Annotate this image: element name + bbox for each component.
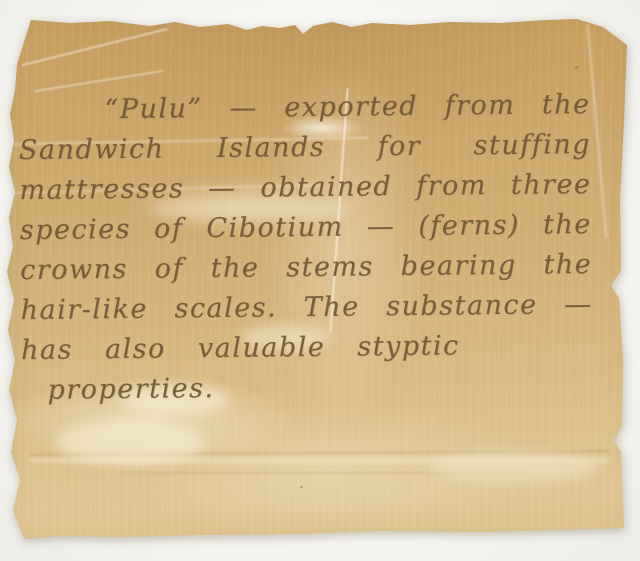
crease-line [30,458,610,463]
handwriting-line: properties. [21,365,593,411]
handwriting-line: hair-like scales. The substance — [20,285,592,331]
speck [575,66,578,69]
handwriting-line: species of Cibotium — (ferns) the [20,205,592,251]
photo-background: “Pulu” — exported from the Sandwich Isla… [0,0,640,561]
handwritten-note-paper: “Pulu” — exported from the Sandwich Isla… [0,0,640,561]
handwriting-line: crowns of the stems bearing the [20,245,592,291]
stain [55,420,205,465]
crease-line [120,472,530,474]
paper-shadow: “Pulu” — exported from the Sandwich Isla… [0,0,640,561]
handwriting-line: “Pulu” — exported from the [18,85,590,131]
handwriting-line: mattresses — obtained from three [19,165,591,211]
crease-line [30,450,610,456]
handwriting-line: Sandwich Islands for stuffing [19,125,591,171]
stain [430,452,600,482]
crease-line [22,28,168,66]
handwriting-line: has also valuable styptic [21,325,593,371]
speck [300,486,303,488]
handwriting-text: “Pulu” — exported from the Sandwich Isla… [18,85,593,411]
